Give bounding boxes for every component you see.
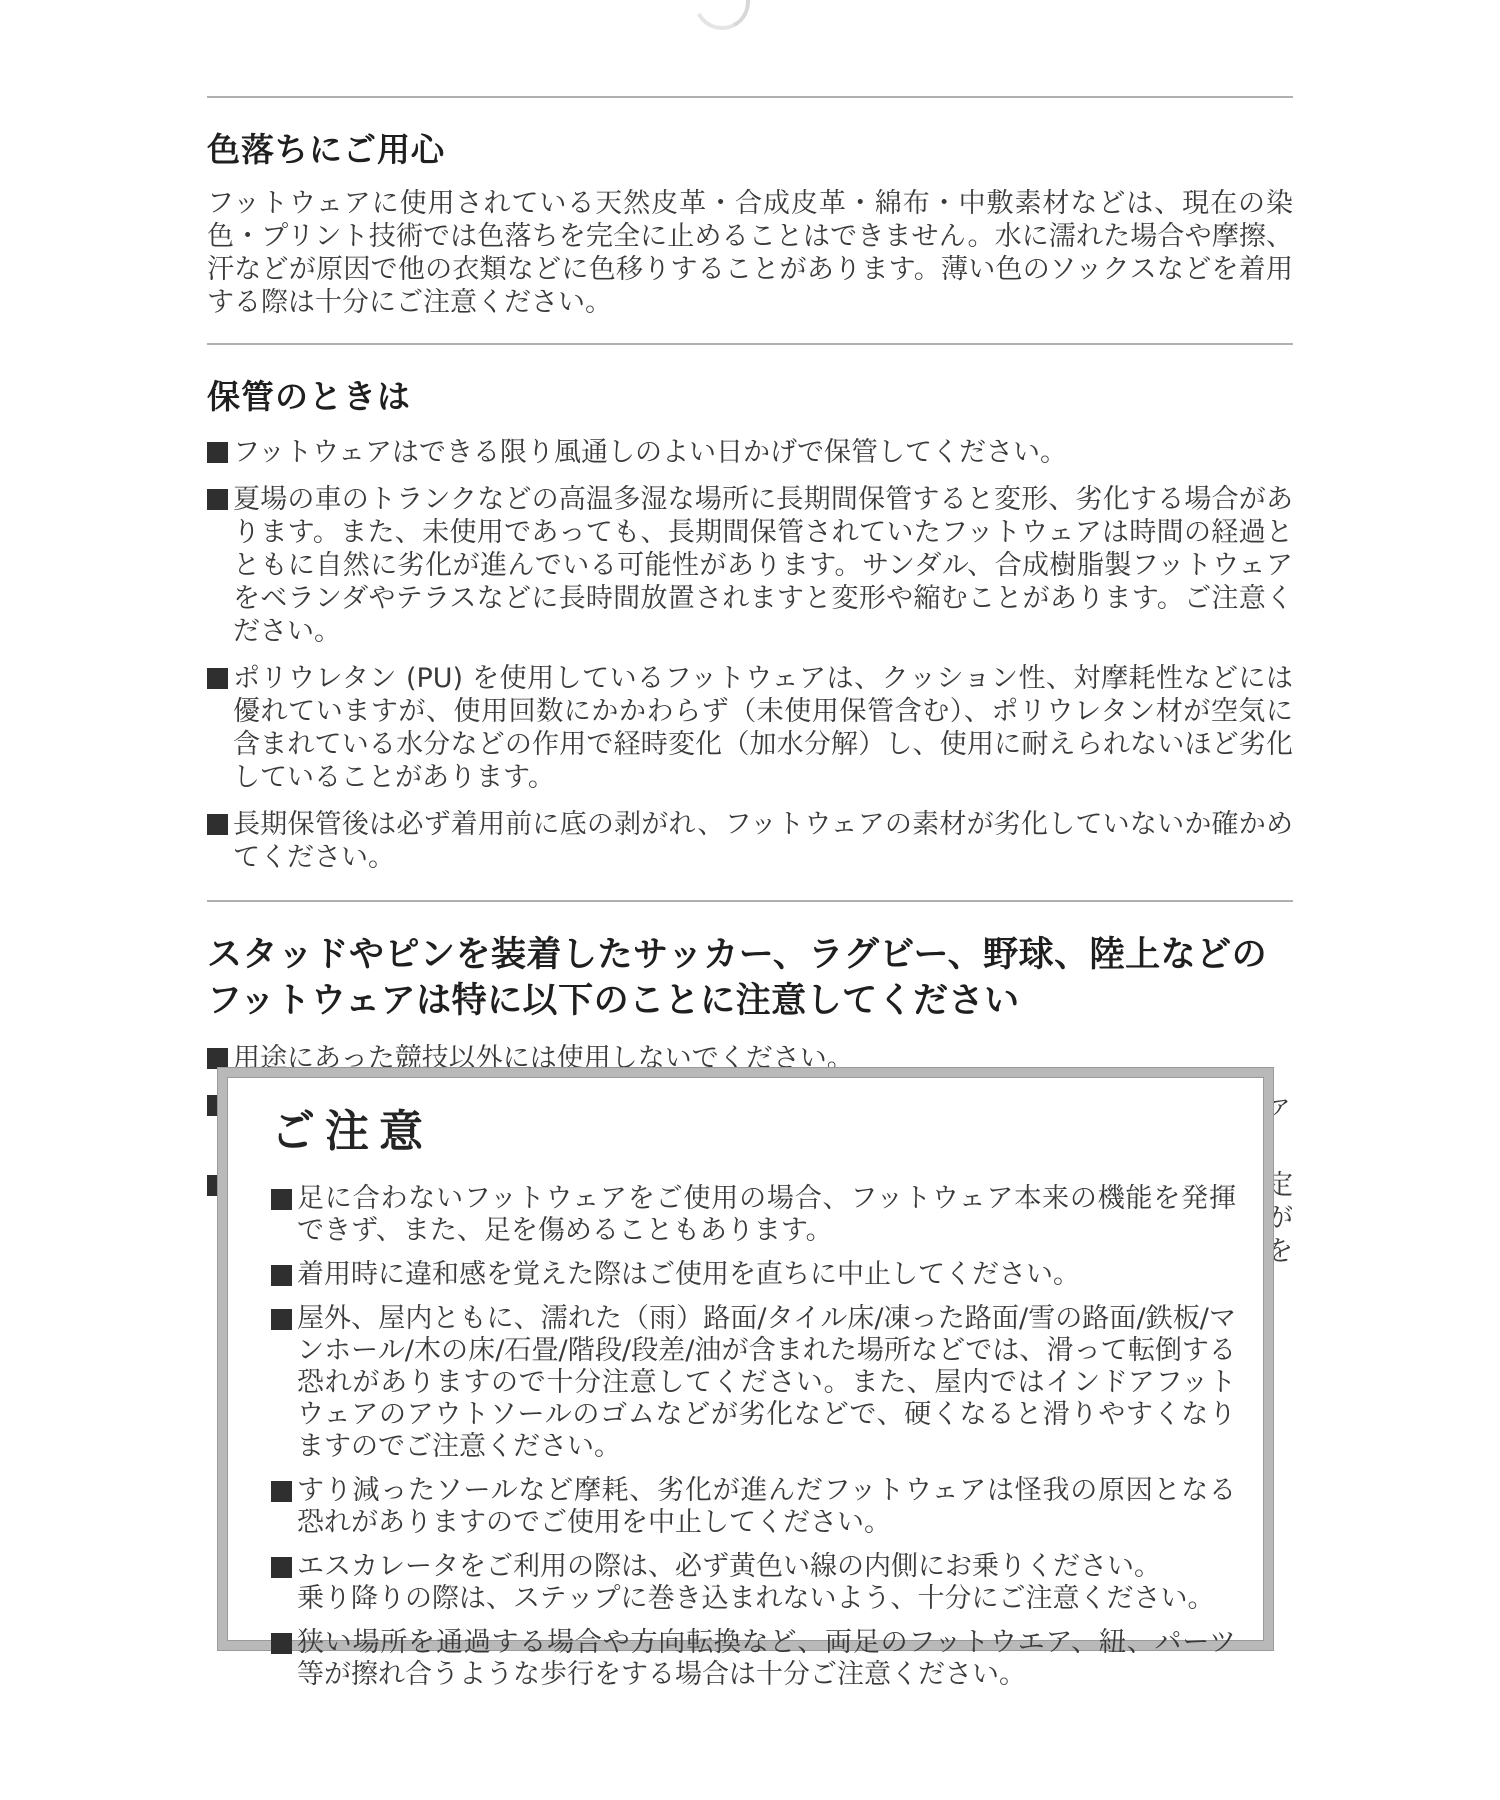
bullet-square-icon <box>271 1481 292 1502</box>
care-instruction-sheet: 色落ちにご用心 フットウェアに使用されている天然皮革・合成皮革・綿布・中敷素材な… <box>0 0 1500 1800</box>
bullet-text: ポリウレタン (PU) を使用しているフットウェアは、クッション性、対摩耗性など… <box>233 662 1293 794</box>
bullet-item: フットウェアはできる限り風通しのよい日かげで保管してください。 <box>207 436 1293 469</box>
bullet-text: 着用時に違和感を覚えた際はご使用を直ちに中止してください。 <box>297 1259 1236 1291</box>
caution-box: ご注意 足に合わないフットウェアをご使用の場合、フットウェア本来の機能を発揮でき… <box>218 1068 1273 1650</box>
bullet-item: 屋外、屋内ともに、濡れた（雨）路面/タイル床/凍った路面/雪の路面/鉄板/マンホ… <box>271 1303 1236 1463</box>
bullet-item: すり減ったソールなど摩耗、劣化が進んだフットウェアは怪我の原因となる恐れがありま… <box>271 1475 1236 1539</box>
bullet-item: 長期保管後は必ず着用前に底の剥がれ、フットウェアの素材が劣化していないか確かめて… <box>207 808 1293 874</box>
section-storage: 保管のときは フットウェアはできる限り風通しのよい日かげで保管してください。 夏… <box>207 371 1293 874</box>
bullet-text: 足に合わないフットウェアをご使用の場合、フットウェア本来の機能を発揮できず、また… <box>297 1183 1236 1247</box>
bullet-text: 狭い場所を通過する場合や方向転換など、両足のフットウエア、紐、パーツ等が擦れ合う… <box>297 1627 1236 1691</box>
section-title: スタッドやピンを装着したサッカー、ラグビー、野球、陸上などのフットウェアは特に以… <box>207 932 1293 1024</box>
section-title: 保管のときは <box>207 371 1293 418</box>
bullet-square-icon <box>207 1048 228 1069</box>
bullet-item: 足に合わないフットウェアをご使用の場合、フットウェア本来の機能を発揮できず、また… <box>271 1183 1236 1247</box>
bullet-square-icon <box>207 442 228 463</box>
caution-box-title: ご注意 <box>271 1095 1236 1159</box>
bullet-square-icon <box>271 1557 292 1578</box>
bullet-text: 屋外、屋内ともに、濡れた（雨）路面/タイル床/凍った路面/雪の路面/鉄板/マンホ… <box>297 1303 1236 1463</box>
section-paragraph: フットウェアに使用されている天然皮革・合成皮革・綿布・中敷素材などは、現在の染色… <box>207 187 1293 319</box>
bullet-text: すり減ったソールなど摩耗、劣化が進んだフットウェアは怪我の原因となる恐れがありま… <box>297 1475 1236 1539</box>
bullet-list: 足に合わないフットウェアをご使用の場合、フットウェア本来の機能を発揮できず、また… <box>271 1183 1236 1691</box>
bullet-text: エスカレータをご利用の際は、必ず黄色い線の内側にお乗りください。 乗り降りの際は… <box>297 1551 1236 1615</box>
bullet-item: エスカレータをご利用の際は、必ず黄色い線の内側にお乗りください。 乗り降りの際は… <box>271 1551 1236 1615</box>
section-color-fading: 色落ちにご用心 フットウェアに使用されている天然皮革・合成皮革・綿布・中敷素材な… <box>207 124 1293 319</box>
bullet-item: 夏場の車のトランクなどの高温多湿な場所に長期間保管すると変形、劣化する場合があり… <box>207 483 1293 648</box>
section-divider <box>207 900 1293 902</box>
bullet-item: 着用時に違和感を覚えた際はご使用を直ちに中止してください。 <box>271 1259 1236 1291</box>
bullet-text: 夏場の車のトランクなどの高温多湿な場所に長期間保管すると変形、劣化する場合があり… <box>233 483 1293 648</box>
bullet-square-icon <box>271 1189 292 1210</box>
bullet-square-icon <box>207 668 228 689</box>
bullet-square-icon <box>207 489 228 510</box>
section-divider <box>207 96 1293 98</box>
bullet-square-icon <box>271 1309 292 1330</box>
bullet-square-icon <box>207 814 228 835</box>
bullet-square-icon <box>271 1265 292 1286</box>
bullet-item: ポリウレタン (PU) を使用しているフットウェアは、クッション性、対摩耗性など… <box>207 662 1293 794</box>
section-title: 色落ちにご用心 <box>207 124 1293 171</box>
bullet-list: フットウェアはできる限り風通しのよい日かげで保管してください。 夏場の車のトラン… <box>207 436 1293 874</box>
bullet-text: 長期保管後は必ず着用前に底の剥がれ、フットウェアの素材が劣化していないか確かめて… <box>233 808 1293 874</box>
section-divider <box>207 343 1293 345</box>
bullet-text: フットウェアはできる限り風通しのよい日かげで保管してください。 <box>233 436 1293 469</box>
bullet-square-icon <box>271 1633 292 1654</box>
bullet-item: 狭い場所を通過する場合や方向転換など、両足のフットウエア、紐、パーツ等が擦れ合う… <box>271 1627 1236 1691</box>
